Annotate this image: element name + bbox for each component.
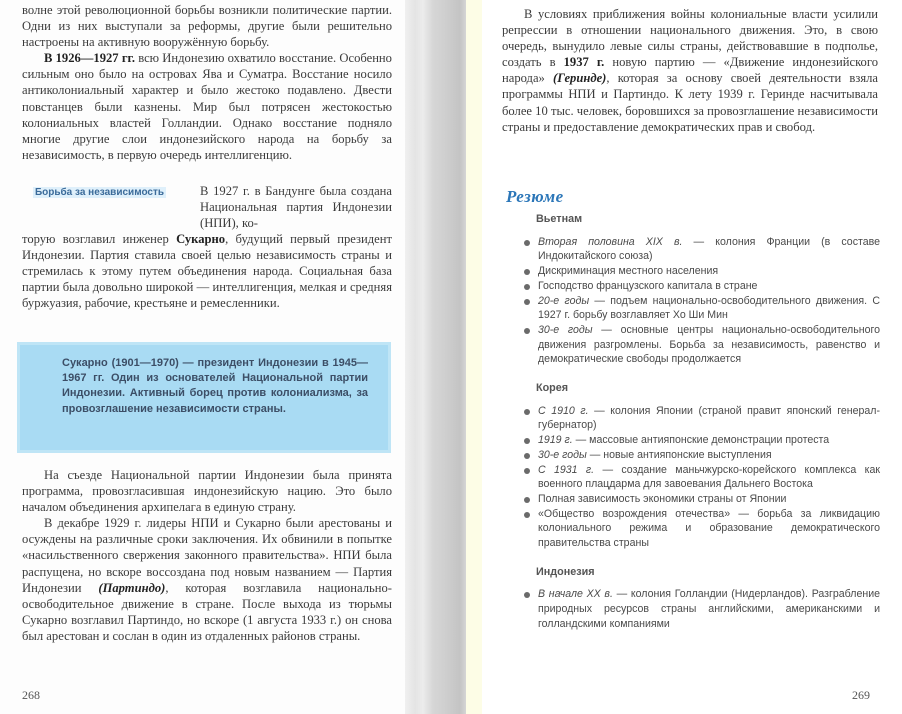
- summary-list-item: «Общество возрождения отечества» — борьб…: [520, 507, 880, 551]
- margin-note-struggle-for-independence: Борьба за независимость: [22, 186, 177, 199]
- paragraph-4: На съезде Национальной партии Индонезии …: [22, 467, 392, 515]
- summary-section-title: Индонезия: [536, 565, 880, 580]
- summary-list-item: С 1910 г. — колония Японии (страной прав…: [520, 404, 880, 433]
- paragraph-3-continued: торую возглавил инженер Сукарно, будущий…: [22, 231, 392, 311]
- paragraph-2: В 1926—1927 гг. всю Индонезию охватило в…: [22, 50, 392, 163]
- summary-list: С 1910 г. — колония Японии (страной прав…: [520, 404, 880, 551]
- left-text-top: волне этой революционной борьбы возникли…: [22, 2, 392, 163]
- sukarno-bio-box: Сукарно (1901—1970) — президент Индонези…: [20, 345, 388, 450]
- book-spine-gutter: [405, 0, 475, 714]
- page-number-right: 269: [852, 688, 870, 703]
- summary-list-item: 30-е годы — новые антияпонские выступлен…: [520, 448, 880, 463]
- summary-list: Вторая половина XIX в. — колония Франции…: [520, 235, 880, 367]
- left-text-bottom: На съезде Национальной партии Индонезии …: [22, 467, 392, 644]
- summary-section-title: Корея: [536, 381, 880, 396]
- summary-list-item: Вторая половина XIX в. — колония Франции…: [520, 235, 880, 264]
- summary-list-item: Дискриминация местного населения: [520, 264, 880, 279]
- paragraph-gerindo: В условиях приближения войны колониальны…: [502, 6, 878, 135]
- paragraph-5: В декабре 1929 г. лидеры НПИ и Сукарно б…: [22, 515, 392, 644]
- resume-summary: ВьетнамВторая половина XIX в. — колония …: [520, 212, 880, 646]
- summary-list-item: В начале XX в. — колония Голландии (Ниде…: [520, 587, 880, 631]
- sukarno-bio-text: Сукарно (1901—1970) — президент Индонези…: [62, 356, 368, 417]
- summary-list-item: С 1931 г. — создание маньчжурско-корейск…: [520, 463, 880, 492]
- summary-list-item: 1919 г. — массовые антияпонские демонстр…: [520, 433, 880, 448]
- page-number-left: 268: [22, 688, 40, 703]
- summary-list-item: Господство французского капитала в стран…: [520, 279, 880, 294]
- paragraph-3-wrapped: В 1927 г. в Бандунге была создана Национ…: [200, 183, 392, 231]
- summary-list-item: 20-е годы — подъем национально-освободит…: [520, 294, 880, 323]
- summary-section-title: Вьетнам: [536, 212, 880, 227]
- summary-list-item: Полная зависимость экономики страны от Я…: [520, 492, 880, 507]
- right-text-top: В условиях приближения войны колониальны…: [502, 6, 878, 135]
- summary-list: В начале XX в. — колония Голландии (Ниде…: [520, 587, 880, 631]
- summary-list-item: 30-е годы — основные центры национально-…: [520, 323, 880, 367]
- resume-heading: Резюме: [506, 187, 564, 207]
- paragraph-1: волне этой революционной борьбы возникли…: [22, 2, 392, 50]
- right-page-edge: [466, 0, 482, 714]
